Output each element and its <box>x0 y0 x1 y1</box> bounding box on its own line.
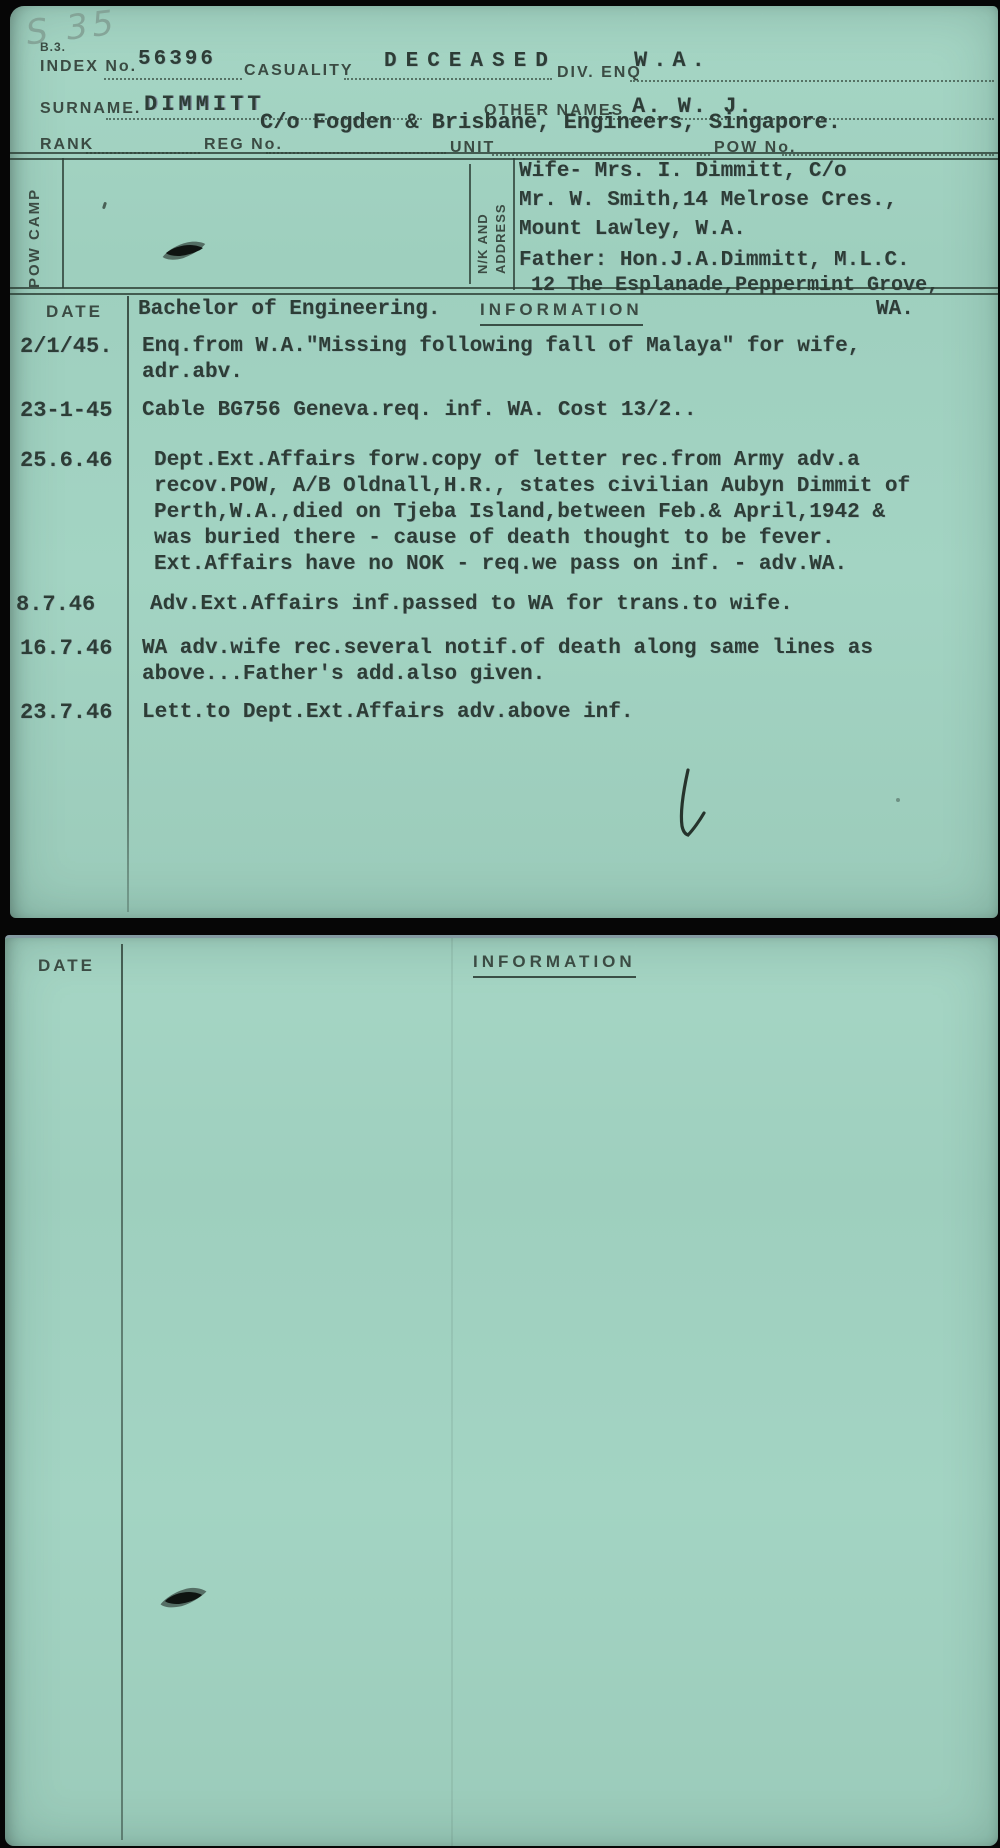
log-entry: 16.7.46 WA adv.wife rec.several notif.of… <box>10 636 990 688</box>
entry-info: WA adv.wife rec.several notif.of death a… <box>128 636 990 688</box>
care-of-address-line: C/o Fogden & Brisbane, Engineers, Singap… <box>260 110 841 135</box>
address-label: ADDRESS <box>493 178 508 274</box>
ink-blot <box>158 238 210 264</box>
entry-line: Lett.to Dept.Ext.Affairs adv.above inf. <box>142 700 990 726</box>
entry-info: Enq.from W.A."Missing following fall of … <box>128 334 990 386</box>
log-entry: 23.7.46 Lett.to Dept.Ext.Affairs adv.abo… <box>10 700 990 726</box>
entry-date: 23-1-45 <box>10 398 128 424</box>
index-no-rule <box>104 78 242 80</box>
nok-address-line: Father: Hon.J.A.Dimmitt, M.L.C. <box>519 247 910 275</box>
form-code-label: B.3. <box>40 40 66 54</box>
entry-line: Ext.Affairs have no NOK - req.we pass on… <box>154 552 990 578</box>
pow-camp-label: POW CAMP <box>26 168 43 288</box>
casualty-label: CASUALITY <box>244 62 354 80</box>
pen-checkmark <box>662 768 712 846</box>
entry-line: Enq.from W.A."Missing following fall of … <box>142 334 990 360</box>
entry-info: Cable BG756 Geneva.req. inf. WA. Cost 13… <box>128 398 990 424</box>
log-entries: 2/1/45. Enq.from W.A."Missing following … <box>10 326 990 726</box>
information-column-header: INFORMATION <box>480 300 643 326</box>
entry-line: adr.abv. <box>142 360 990 386</box>
log-entry: 2/1/45. Enq.from W.A."Missing following … <box>10 334 990 386</box>
nok-address-line: 12 The Esplanade,Peppermint Grove, <box>531 272 939 300</box>
paper-crease <box>451 938 453 1846</box>
casualty-value: DECEASED <box>384 50 557 73</box>
information-column-header: INFORMATION <box>473 952 636 978</box>
entry-info: Adv.Ext.Affairs inf.passed to WA for tra… <box>128 592 990 618</box>
entry-info: Lett.to Dept.Ext.Affairs adv.above inf. <box>128 700 990 726</box>
date-column-divider <box>121 944 123 1840</box>
entry-line: recov.POW, A/B Oldnall,H.R., states civi… <box>154 474 990 500</box>
casualty-index-card-front: S 35 B.3. INDEX No. 56396 CASUALITY DECE… <box>10 6 998 918</box>
ink-speck <box>102 202 107 210</box>
log-entry: 25.6.46 Dept.Ext.Affairs forw.copy of le… <box>10 448 990 578</box>
section-separator-top <box>10 152 998 160</box>
ink-blot <box>155 1584 211 1612</box>
entry-date: 23.7.46 <box>10 700 128 726</box>
nk-and-label: N/K AND <box>475 178 490 274</box>
section-separator-bottom <box>10 287 998 295</box>
date-column-header: DATE <box>38 956 95 976</box>
nk-left-divider <box>469 164 471 284</box>
nk-right-divider <box>513 158 515 290</box>
scanned-pow-index-card-page: S 35 B.3. INDEX No. 56396 CASUALITY DECE… <box>0 0 1000 1848</box>
log-entry: 23-1-45 Cable BG756 Geneva.req. inf. WA.… <box>10 398 990 424</box>
nok-address-line: Mr. W. Smith,14 Melrose Cres., <box>519 187 897 215</box>
index-no-value: 56396 <box>138 48 216 71</box>
casualty-rule <box>344 78 552 80</box>
entry-line: Dept.Ext.Affairs forw.copy of letter rec… <box>154 448 990 474</box>
degree-note: Bachelor of Engineering. <box>138 298 440 321</box>
nok-address-line: Wife- Mrs. I. Dimmitt, C/o <box>519 158 847 186</box>
entry-line: WA adv.wife rec.several notif.of death a… <box>142 636 990 662</box>
entry-date: 2/1/45. <box>10 334 128 360</box>
surname-value: DIMMITT <box>144 92 264 117</box>
log-entry: 8.7.46 Adv.Ext.Affairs inf.passed to WA … <box>10 592 990 618</box>
entry-line: Cable BG756 Geneva.req. inf. WA. Cost 13… <box>142 398 990 424</box>
entry-line: Adv.Ext.Affairs inf.passed to WA for tra… <box>150 592 990 618</box>
div-enq-rule <box>630 80 994 82</box>
casualty-index-card-back: DATE INFORMATION <box>5 935 998 1846</box>
ink-speck <box>896 798 900 802</box>
entry-date: 8.7.46 <box>10 592 128 618</box>
nok-address-line: Mount Lawley, W.A. <box>519 216 746 244</box>
entry-date: 16.7.46 <box>10 636 128 662</box>
entry-info: Dept.Ext.Affairs forw.copy of letter rec… <box>128 448 990 578</box>
surname-label: SURNAME. <box>40 100 141 118</box>
div-enq-value: W.A. <box>634 48 711 73</box>
pencil-annotation: S 35 <box>24 6 120 53</box>
index-no-label: INDEX No. <box>40 58 137 76</box>
entry-date: 25.6.46 <box>10 448 128 474</box>
date-column-header: DATE <box>46 302 103 322</box>
pow-camp-divider <box>62 158 64 288</box>
entry-line: was buried there - cause of death though… <box>154 526 990 552</box>
entry-line: Perth,W.A.,died on Tjeba Island,between … <box>154 500 990 526</box>
address-overflow: WA. <box>876 298 914 321</box>
entry-line: above...Father's add.also given. <box>142 662 990 688</box>
